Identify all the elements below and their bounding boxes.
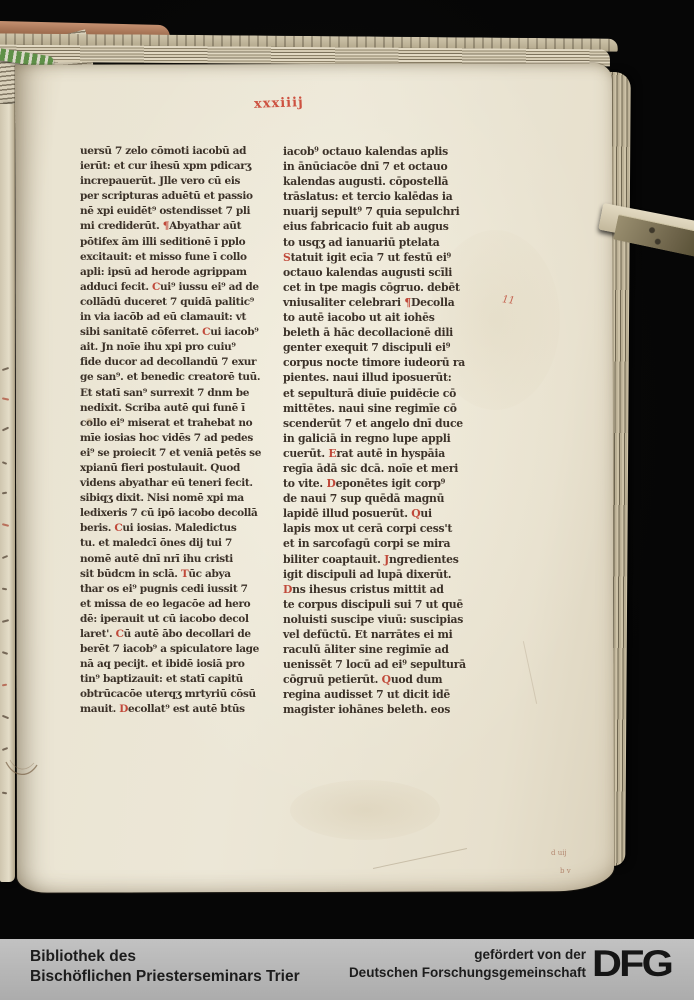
margin-flourish <box>4 757 40 781</box>
manuscript-photo: xxxiiij uersū 7 zelo cōmoti iacobū adier… <box>0 0 694 939</box>
manuscript-text-line: Et statī san⁹ surrexit 7 dnm be <box>80 386 270 401</box>
quire-mark: d uij <box>551 849 567 857</box>
manuscript-text-line: in galiciā in regno lupe appli <box>283 431 491 446</box>
manuscript-text-line: vniusaliter celebrari ¶Decolla <box>283 295 491 310</box>
manuscript-text-line: tin⁹ baptizauit: et statī capitū <box>80 672 270 687</box>
manuscript-text-line: scenderūt 7 et angelo dnī duce <box>283 416 491 431</box>
manuscript-text-line: octauo kalendas augusti scīli <box>283 265 491 280</box>
manuscript-text-line: berēt 7 iacob⁹ a spiculatore lage <box>80 642 270 657</box>
manuscript-text-line: xpianū fieri postulauit. Quod <box>80 461 270 476</box>
library-name: Bibliothek des Bischöflichen Priestersem… <box>30 947 300 986</box>
manuscript-text-line: lapidē illud posuerūt. Qui <box>283 506 491 521</box>
text-column-left: uersū 7 zelo cōmoti iacobū adierūt: et c… <box>80 144 270 718</box>
manuscript-text-line: mauit. Decollat⁹ est autē btūs <box>80 702 270 717</box>
manuscript-text-line: fide ducor ad decollandū 7 exur <box>80 355 270 370</box>
manuscript-text-line: regina audisset 7 ut dicit idē <box>283 687 491 702</box>
manuscript-text-line: increpauerūt. Jlle vero cū eis <box>80 174 270 189</box>
manuscript-text-line: nomē autē dnī nrī ihu cristi <box>80 552 270 567</box>
funding-credit-line2: Deutschen Forschungsgemeinschaft <box>349 964 586 982</box>
red-margin-mark: 11 <box>501 294 515 307</box>
manuscript-text-line: in ānūciacōe dnī 7 et octauo <box>283 159 491 174</box>
library-name-line2: Bischöflichen Priesterseminars Trier <box>30 967 300 987</box>
manuscript-text-line: nā aq pecijt. et ibidē iosiā pro <box>80 657 270 672</box>
manuscript-text-line: ei⁹ se proiecit 7 et veniā petēs se <box>80 446 270 461</box>
manuscript-text-line: noluisti suscipe viuū: suscipias <box>283 612 491 627</box>
manuscript-text-line: cet in tpe magis cōgruo. debēt <box>283 280 491 295</box>
manuscript-text-line: pōtifex ām illi seditionē ī pplo <box>80 235 270 250</box>
manuscript-text-line: to vite. Deponētes igit corp⁹ <box>283 476 491 491</box>
manuscript-text-line: tu. et maledcī ōnes dij tui 7 <box>80 536 270 551</box>
manuscript-text-line: eius fabricacio fuit ab augus <box>283 219 491 234</box>
folio-number: xxxiiij <box>254 95 304 112</box>
quire-mark: b v <box>560 867 571 875</box>
manuscript-text-line: thar os ei⁹ pugnis cedi iussit 7 <box>80 582 270 597</box>
manuscript-text-line: cuerūt. Erat autē in hyspāia <box>283 446 491 461</box>
funding-credit-line1: gefördert von der <box>349 946 586 964</box>
text-column-right: iacob⁹ octauo kalendas aplisin ānūciacōe… <box>283 144 491 718</box>
manuscript-text-line: biliter coaptauit. Jngredientes <box>283 552 491 567</box>
manuscript-text-line: dē: iperauit ut cū iacobo decol <box>80 612 270 627</box>
digitized-manuscript-viewer: xxxiiij uersū 7 zelo cōmoti iacobū adier… <box>0 0 694 1000</box>
manuscript-text-line: trāslatus: et tercio kalēdas ia <box>283 189 491 204</box>
manuscript-text-line: ledixeris 7 cū ipō iacobo decollā <box>80 506 270 521</box>
manuscript-text-line: vel defūctū. Et narrātes ei mi <box>283 627 491 642</box>
manuscript-text-line: sit būdcm in sclā. Tūc abya <box>80 567 270 582</box>
library-name-line1: Bibliothek des <box>30 947 300 967</box>
manuscript-text-line: et missa de eo legacōe ad hero <box>80 597 270 612</box>
manuscript-text-line: te corpus discipuli sui 7 ut quē <box>283 597 491 612</box>
manuscript-text-line: mi crediderūt. ¶Abyathar aūt <box>80 219 270 234</box>
manuscript-text-line: uersū 7 zelo cōmoti iacobū ad <box>80 144 270 159</box>
manuscript-text-line: to autē iacobo ut ait iohēs <box>283 310 491 325</box>
manuscript-text-line: obtrūcacōe uterqʒ mrtyriū cōsū <box>80 687 270 702</box>
manuscript-text-line: nuarij sepult⁹ 7 quia sepulchri <box>283 204 491 219</box>
manuscript-text-line: beris. Cui iosias. Maledictus <box>80 521 270 536</box>
manuscript-text-line: beleth ā hāc decollacionē dili <box>283 325 491 340</box>
manuscript-text-line: raculū āliter sine regimīe ad <box>283 642 491 657</box>
manuscript-text-line: magister iohānes beleth. eos <box>283 702 491 717</box>
manuscript-text-line: lapis mox ut cerā corpi cess't <box>283 521 491 536</box>
manuscript-text-line: sibi sanitatē cōferret. Cui iacob⁹ <box>80 325 270 340</box>
manuscript-text-line: collo ei⁹ miserat et trahebat no <box>80 416 270 431</box>
manuscript-text-line: Dns ihesus cristus mittit ad <box>283 582 491 597</box>
manuscript-text-line: pientes. naui illud iposuerūt: <box>283 370 491 385</box>
manuscript-text-line: genter exequit 7 discipuli ei⁹ <box>283 340 491 355</box>
manuscript-text-line: laret'. Cū autē ābo decollari de <box>80 627 270 642</box>
manuscript-text-line: mittētes. naui sine regimīe cō <box>283 401 491 416</box>
credit-bar: Bibliothek des Bischöflichen Priestersem… <box>0 939 694 1000</box>
manuscript-text-line: videns abyathar eū teneri fecit. <box>80 476 270 491</box>
manuscript-text-line: in via iacōb ad eū clamauit: vt <box>80 310 270 325</box>
manuscript-text-line: igit discipuli ad lupā dixerūt. <box>283 567 491 582</box>
manuscript-text-line: collādū duceret 7 quidā palitic⁹ <box>80 295 270 310</box>
funding-credit: gefördert von der Deutschen Forschungsge… <box>349 946 586 981</box>
manuscript-text-line: Statuit igit ecīa 7 ut festū ei⁹ <box>283 250 491 265</box>
manuscript-text-line: uenissēt 7 locū ad ei⁹ sepulturā <box>283 657 491 672</box>
manuscript-text-line: et sepulturā diuīe puidēcie cō <box>283 386 491 401</box>
manuscript-text-line: ge san⁹. et benedic creatorē tuū. <box>80 370 270 385</box>
manuscript-text-line: cōgruū petierūt. Quod dum <box>283 672 491 687</box>
manuscript-text-line: nē xpi euidēt⁹ ostendisset 7 pli <box>80 204 270 219</box>
manuscript-text-line: mīe iosias hoc vidēs 7 ad pedes <box>80 431 270 446</box>
manuscript-text-line: adduci fecit. Cui⁹ iussu ei⁹ ad de <box>80 280 270 295</box>
dfg-logo: DFG <box>592 943 671 985</box>
manuscript-text-line: et in sarcofagū corpi se mira <box>283 536 491 551</box>
manuscript-text-line: de naui 7 sup quēdā magnū <box>283 491 491 506</box>
manuscript-text-line: iacob⁹ octauo kalendas aplis <box>283 144 491 159</box>
manuscript-text-line: ait. Jn noīe ihu xpi pro cuiu⁹ <box>80 340 270 355</box>
manuscript-text-line: excitauit: et misso fune ī collo <box>80 250 270 265</box>
manuscript-text-line: apli: ipsū ad herode agrippam <box>80 265 270 280</box>
manuscript-text-line: per scripturas aduētū et passio <box>80 189 270 204</box>
parchment-stain <box>290 780 440 840</box>
manuscript-text-line: regīa ādā sic dcā. noīe et meri <box>283 461 491 476</box>
manuscript-text-line: kalendas augusti. cōpostellā <box>283 174 491 189</box>
manuscript-text-line: to usqʒ ad ianuariū ptelata <box>283 235 491 250</box>
manuscript-text-line: corpus nocte timore iudeorū ra <box>283 355 491 370</box>
manuscript-text-line: ierūt: et cur ihesū xpm pdicarʒ <box>80 159 270 174</box>
manuscript-text-line: sibiqʒ dixit. Nisi nomē xpi ma <box>80 491 270 506</box>
manuscript-text-line: nedixit. Scriba autē qui funē ī <box>80 401 270 416</box>
